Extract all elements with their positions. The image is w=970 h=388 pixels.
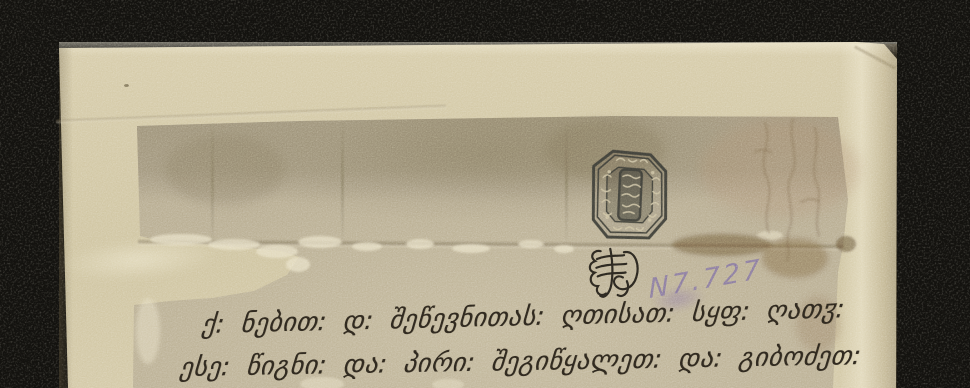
tear-highlight [150, 234, 212, 245]
ink-bleed-ghost [745, 118, 845, 268]
monogram-icon [583, 240, 643, 304]
backing-left-edge-shadow [59, 48, 73, 388]
tear-highlight [432, 379, 464, 388]
paper-speck [124, 84, 129, 87]
tear-highlight [208, 239, 260, 250]
soil-stain [165, 135, 285, 205]
tear-highlight [298, 236, 342, 248]
seal-stamp-icon [588, 147, 672, 243]
tear-highlight [406, 239, 434, 249]
edge-abrasion [136, 298, 160, 364]
tear-highlight [518, 240, 544, 248]
tear-highlight [286, 257, 310, 272]
backing-top-highlight [59, 42, 897, 56]
fragment-crease-2 [341, 120, 344, 246]
tear-highlight [352, 242, 382, 251]
scan-viewport: N7.727 ქ: ნებით: დ: შეწევნითას: ღთისათ: … [0, 0, 970, 388]
tear-highlight [452, 244, 490, 253]
tear-highlight [256, 245, 298, 258]
tear-highlight [554, 245, 574, 253]
paper-fold-right-margin [840, 44, 897, 388]
